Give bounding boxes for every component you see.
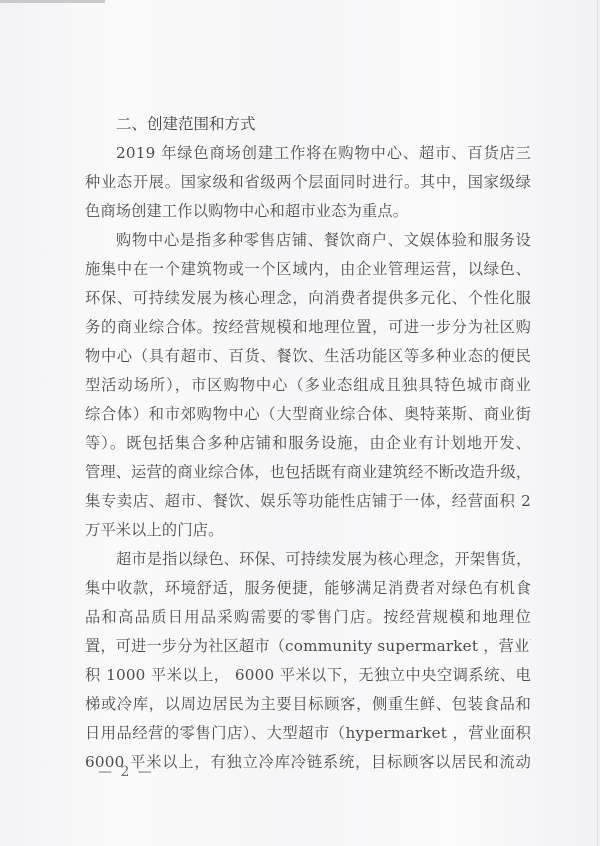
text-line: 购物中心是指多种零售店铺、餐饮商户、文娱体验和服务设 <box>85 226 531 255</box>
text-line: 型活动场所），市区购物中心（多业态组成且独具特色城市商业 <box>85 371 531 400</box>
text-line: 集中收款，环境舒适，服务便捷，能够满足消费者对绿色有机食 <box>85 574 531 603</box>
paragraph-shopping-center: 购物中心是指多种零售店铺、餐饮商户、文娱体验和服务设 施集中在一个建筑物或一个区… <box>85 226 531 545</box>
paragraph-scope: 2019 年绿色商场创建工作将在购物中心、超市、百货店三 种业态开展。国家级和省… <box>85 139 531 226</box>
text-line: 积 1000 平米以上， 6000 平米以下，无独立中央空调系统、电 <box>85 661 531 690</box>
text-line: 务的商业综合体。按经营规模和地理位置，可进一步分为社区购 <box>85 313 531 342</box>
document-page: 二、创建范围和方式 2019 年绿色商场创建工作将在购物中心、超市、百货店三 种… <box>0 0 600 846</box>
text-line: 集专卖店、超市、餐饮、娱乐等功能性店铺于一体，经营面积 2 <box>85 487 531 516</box>
text-line: 综合体）和市郊购物中心（大型商业综合体、奥特莱斯、商业街 <box>85 400 531 429</box>
text-line: 色商场创建工作以购物中心和超市业态为重点。 <box>85 197 531 226</box>
text-line: 2019 年绿色商场创建工作将在购物中心、超市、百货店三 <box>85 139 531 168</box>
text-line: 日用品经营的零售门店）、大型超市（hypermarket ，营业面积 <box>85 719 531 748</box>
text-line: 物中心（具有超市、百货、餐饮、生活功能区等多种业态的便民 <box>85 342 531 371</box>
text-line: 环保、可持续发展为核心理念，向消费者提供多元化、个性化服 <box>85 284 531 313</box>
text-line: 等）。既包括集合多种店铺和服务设施，由企业有计划地开发、 <box>85 429 531 458</box>
scan-edge-mark <box>0 0 105 3</box>
text-line: 管理、运营的商业综合体，也包括既有商业建筑经不断改造升级， <box>85 458 531 487</box>
document-body: 二、创建范围和方式 2019 年绿色商场创建工作将在购物中心、超市、百货店三 种… <box>85 110 531 777</box>
text-line: 梯或冷库，以周边居民为主要目标顾客，侧重生鲜、包装食品和 <box>85 690 531 719</box>
paragraph-supermarket: 超市是指以绿色、环保、可持续发展为核心理念，开架售货， 集中收款，环境舒适，服务… <box>85 545 531 777</box>
text-line: 品和高品质日用品采购需要的零售门店。按经营规模和地理位 <box>85 603 531 632</box>
text-line: 超市是指以绿色、环保、可持续发展为核心理念，开架售货， <box>85 545 531 574</box>
text-line: 施集中在一个建筑物或一个区域内，由企业管理运营，以绿色、 <box>85 255 531 284</box>
section-heading: 二、创建范围和方式 <box>85 110 531 139</box>
page-number: — 2 — <box>98 764 154 780</box>
text-line: 万平米以上的门店。 <box>85 516 531 545</box>
text-line: 种业态开展。国家级和省级两个层面同时进行。其中，国家级绿 <box>85 168 531 197</box>
page-edge <box>597 0 598 846</box>
text-line: 置，可进一步分为社区超市（community supermarket ，营业面 <box>85 632 531 661</box>
